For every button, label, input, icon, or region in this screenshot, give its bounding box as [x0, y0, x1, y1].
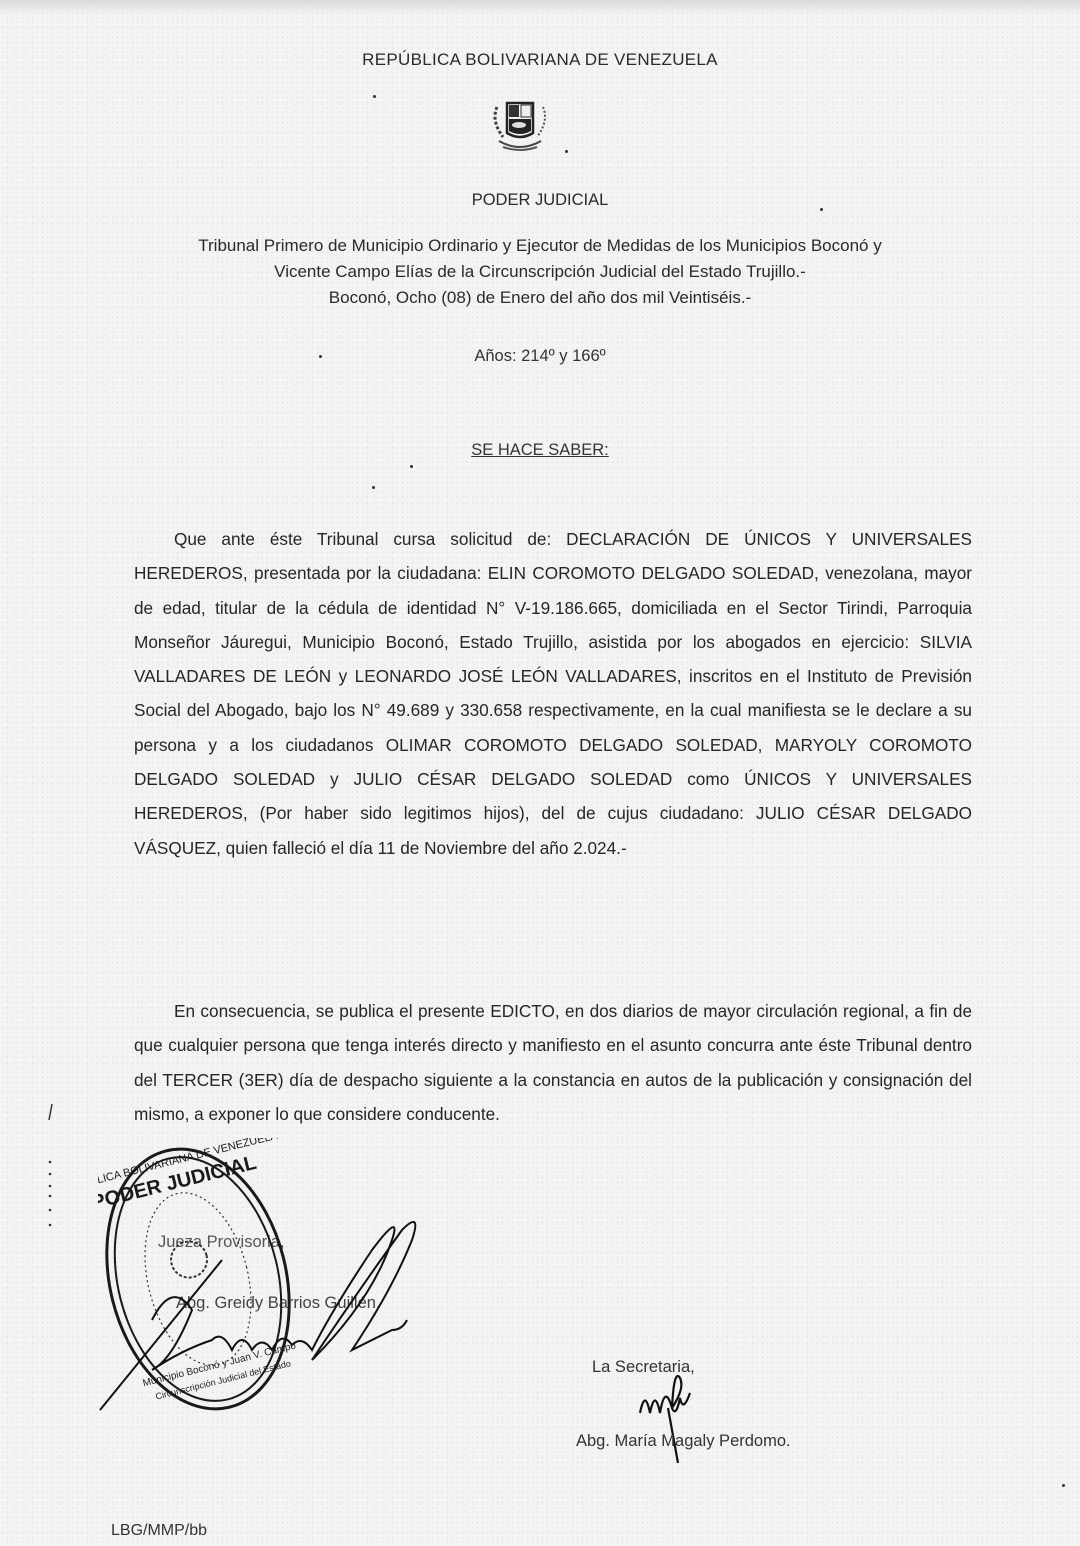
branch-heading: PODER JUDICIAL	[0, 191, 1080, 210]
scan-speck	[820, 208, 823, 211]
judge-signature	[92, 1200, 442, 1420]
scan-speck	[1062, 1484, 1065, 1487]
secretary-name: Abg. María Magaly Perdomo.	[576, 1432, 791, 1451]
scan-edge-shadow	[0, 0, 1080, 14]
coat-of-arms-icon	[485, 97, 565, 157]
tribunal-line-1: Tribunal Primero de Municipio Ordinario …	[0, 233, 1080, 259]
scan-speck	[565, 150, 568, 153]
date-line: Boconó, Ocho (08) de Enero del año dos m…	[0, 285, 1080, 311]
margin-marks	[46, 1100, 58, 1260]
scan-speck	[373, 95, 376, 98]
secretary-signature	[630, 1368, 710, 1468]
notice-heading: SE HACE SABER:	[0, 441, 1080, 460]
reference-initials: LBG/MMP/bb	[111, 1522, 207, 1540]
country-heading: REPÚBLICA BOLIVARIANA DE VENEZUELA	[0, 50, 1080, 70]
scan-speck	[410, 465, 413, 468]
tribunal-line-2: Vicente Campo Elías de la Circunscripció…	[0, 259, 1080, 285]
paragraph-edict: En consecuencia, se publica el presente …	[134, 994, 972, 1131]
paragraph-request: Que ante éste Tribunal cursa solicitud d…	[134, 522, 972, 865]
tribunal-block: Tribunal Primero de Municipio Ordinario …	[0, 233, 1080, 311]
document-page: REPÚBLICA BOLIVARIANA DE VENEZUELA PODER…	[0, 0, 1080, 1546]
scan-speck	[319, 355, 322, 358]
scan-speck	[372, 486, 375, 489]
years-line: Años: 214º y 166º	[0, 347, 1080, 366]
